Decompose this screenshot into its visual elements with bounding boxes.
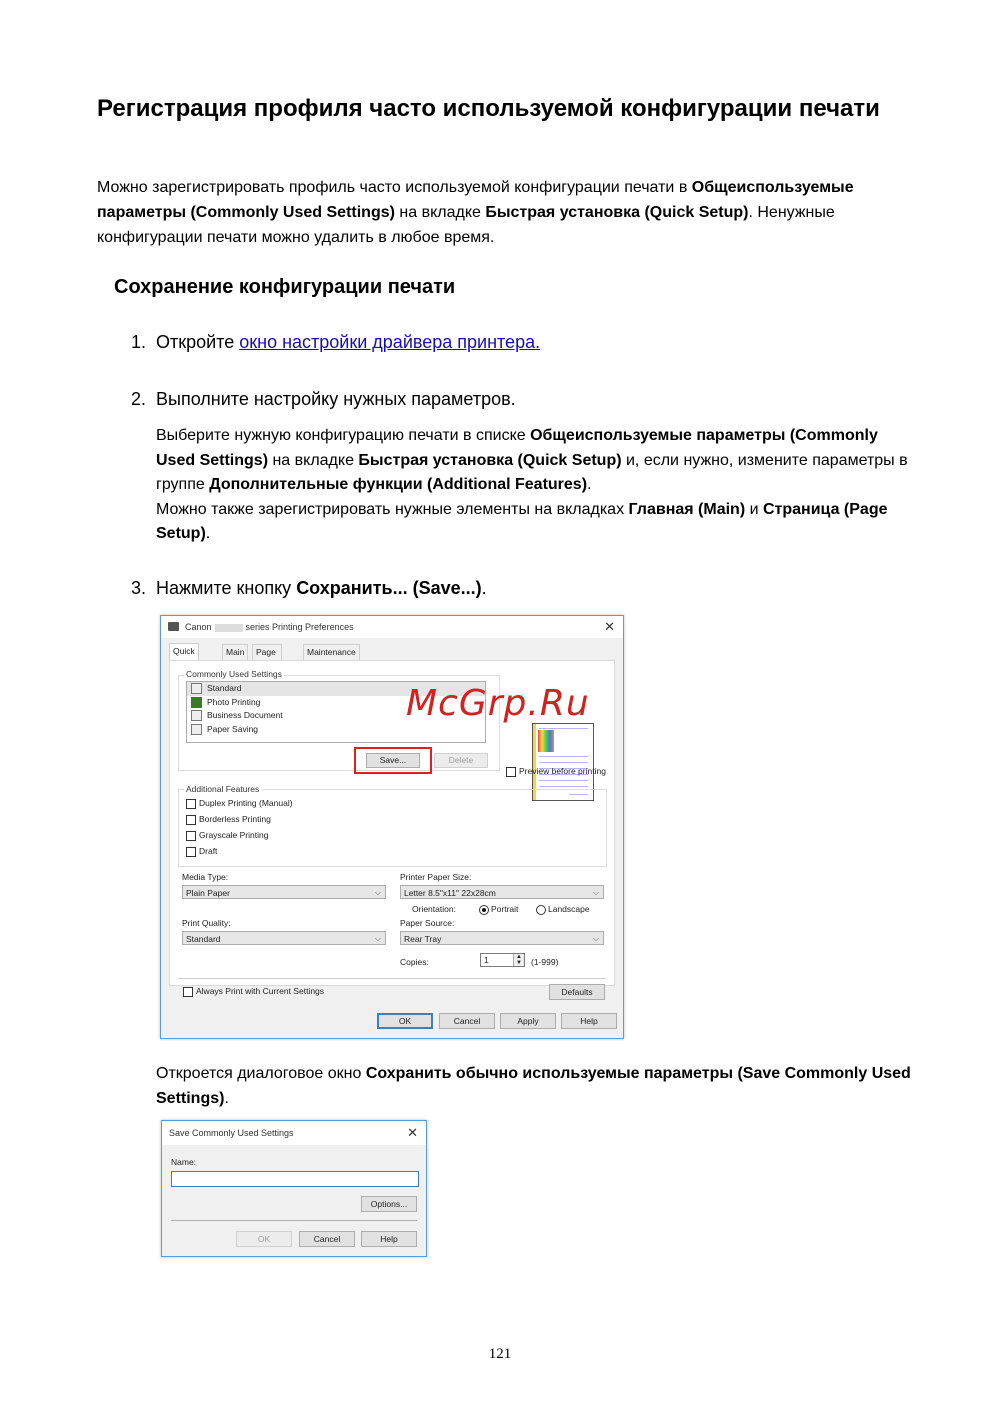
step-number: 3. [131,578,156,599]
orientation-label: Orientation: [412,904,456,914]
title-suffix: series Printing Preferences [246,622,354,632]
section-title: Сохранение конфигурации печати [114,276,455,299]
checkbox-label: Grayscale Printing [199,830,268,840]
save-button[interactable]: Save... [366,753,420,768]
commonly-used-label: Commonly Used Settings [184,669,284,679]
checkbox-box [183,987,193,997]
document-icon [191,710,202,721]
preview-line [539,756,588,757]
step-text: Выполните настройку нужных параметров. [156,389,516,409]
radio-label: Portrait [491,904,518,914]
delete-button[interactable]: Delete [434,753,488,768]
after-text-plain: . [224,1090,228,1107]
help-button[interactable]: Help [561,1013,617,1029]
chevron-down-icon: ⌵ [593,932,599,946]
defaults-button[interactable]: Defaults [549,984,605,1000]
portrait-radio[interactable]: Portrait [479,904,518,915]
detail-text: Выберите нужную конфигурацию печати в сп… [156,427,530,444]
print-quality-label: Print Quality: [182,918,231,928]
list-item-label: Paper Saving [207,724,258,734]
paper-size-label: Printer Paper Size: [400,872,471,882]
divider [178,978,606,979]
printer-icon [168,622,179,631]
list-item-label: Business Document [207,710,283,720]
printing-preferences-dialog: Canonseries Printing Preferences ✕ Quick… [160,615,624,1039]
tab-maintenance[interactable]: Maintenance [303,644,360,660]
intro-text: Можно зарегистрировать профиль часто исп… [97,179,692,196]
step-number: 2. [131,389,156,410]
preview-line [539,786,588,787]
checkbox-label: Draft [199,846,217,856]
step-bold: Сохранить... (Save...) [296,578,481,598]
page-number: 121 [0,1346,1000,1363]
detail-text: . [587,476,591,493]
name-label: Name: [171,1157,196,1167]
help-button[interactable]: Help [361,1231,417,1247]
chevron-down-icon: ⌵ [375,932,381,946]
tab-page-setup[interactable]: Page Setup [252,644,282,660]
draft-checkbox[interactable]: Draft [186,846,217,857]
step-2-detail: Выберите нужную конфигурацию печати в сп… [156,424,916,547]
checkbox-box [186,815,196,825]
ok-button[interactable]: OK [377,1013,433,1029]
cancel-button[interactable]: Cancel [439,1013,495,1029]
save-commonly-used-settings-dialog: Save Commonly Used Settings ✕ Name: Opti… [161,1120,427,1257]
additional-features-label: Additional Features [184,784,261,794]
checkbox-label: Borderless Printing [199,814,271,824]
apply-button[interactable]: Apply [500,1013,556,1029]
select-value: Letter 8.5"x11" 22x28cm [404,888,496,898]
checkbox-label: Duplex Printing (Manual) [199,798,293,808]
borderless-printing-checkbox[interactable]: Borderless Printing [186,814,271,825]
paper-saving-icon [191,724,202,735]
page-title: Регистрация профиля часто используемой к… [97,93,897,124]
chevron-down-icon: ⌵ [375,886,381,900]
close-icon[interactable]: ✕ [604,619,615,635]
step-2: 2.Выполните настройку нужных параметров. [131,389,516,410]
copies-value: 1 [484,955,489,965]
radio-selected-icon [479,905,489,915]
redacted-model [215,624,243,632]
preview-color-block [538,730,554,752]
step-text: . [482,578,487,598]
intro-bold-quick-setup: Быстрая установка (Quick Setup) [485,204,748,221]
options-button[interactable]: Options... [361,1196,417,1212]
chevron-down-icon: ⌵ [593,886,599,900]
printer-driver-link[interactable]: окно настройки драйвера принтера. [239,332,540,352]
title-bar: Save Commonly Used Settings ✕ [162,1121,426,1145]
paper-size-select[interactable]: Letter 8.5"x11" 22x28cm⌵ [400,885,604,899]
intro-text: на вкладке [395,204,485,221]
detail-text: на вкладке [268,452,358,469]
detail-text: и [745,501,763,518]
select-value: Rear Tray [404,934,441,944]
step-number: 1. [131,332,156,353]
list-item-label: Photo Printing [207,697,260,707]
preview-line [539,762,588,763]
step-3: 3.Нажмите кнопку Сохранить... (Save...). [131,578,487,599]
detail-bold: Быстрая установка (Quick Setup) [358,452,621,469]
select-value: Standard [186,934,221,944]
standard-icon [191,683,202,694]
watermark: McGrp.Ru [406,683,590,724]
divider [171,1220,417,1221]
copies-range: (1-999) [531,957,558,967]
cancel-button[interactable]: Cancel [299,1231,355,1247]
checkbox-box [186,847,196,857]
detail-bold: Дополнительные функции (Additional Featu… [209,476,587,493]
detail-text: Можно также зарегистрировать нужные элем… [156,501,629,518]
detail-text: . [206,525,210,542]
select-value: Plain Paper [186,888,230,898]
after-text: Откроется диалоговое окно Сохранить обыч… [156,1062,916,1111]
ok-button[interactable]: OK [236,1231,292,1247]
grayscale-printing-checkbox[interactable]: Grayscale Printing [186,830,268,841]
after-text-plain: Откроется диалоговое окно [156,1065,366,1082]
paper-source-label: Paper Source: [400,918,454,928]
print-quality-select[interactable]: Standard⌵ [182,931,386,945]
spin-arrows-icon[interactable]: ▲▼ [513,954,524,966]
photo-icon [191,697,202,708]
title-bar: Canonseries Printing Preferences ✕ [161,616,623,638]
list-item-label: Standard [207,683,242,693]
checkbox-label: Preview before printing [519,766,606,776]
radio-label: Landscape [548,904,590,914]
window-title: Canonseries Printing Preferences [185,622,354,632]
copies-label: Copies: [400,957,429,967]
checkbox-box [506,767,516,777]
step-text: Откройте [156,332,239,352]
close-icon[interactable]: ✕ [407,1125,418,1141]
duplex-printing-checkbox[interactable]: Duplex Printing (Manual) [186,798,293,809]
step-1: 1.Откройте окно настройки драйвера принт… [131,332,540,353]
checkbox-box [186,799,196,809]
media-type-label: Media Type: [182,872,228,882]
window-title: Save Commonly Used Settings [169,1128,294,1138]
media-type-select[interactable]: Plain Paper⌵ [182,885,386,899]
tab-quick-setup[interactable]: Quick Setup [169,643,199,661]
checkbox-box [186,831,196,841]
intro-paragraph: Можно зарегистрировать профиль часто исп… [97,175,907,250]
paper-source-select[interactable]: Rear Tray⌵ [400,931,604,945]
copies-stepper[interactable]: 1▲▼ [480,953,525,967]
tab-main[interactable]: Main [222,644,248,660]
preview-before-printing-checkbox[interactable]: Preview before printing [506,766,606,777]
list-item-paper-saving[interactable]: Paper Saving [187,723,485,737]
checkbox-label: Always Print with Current Settings [196,986,324,996]
radio-icon [536,905,546,915]
name-input[interactable] [171,1171,419,1187]
title-prefix: Canon [185,622,212,632]
always-print-checkbox[interactable]: Always Print with Current Settings [183,986,324,997]
step-text: Нажмите кнопку [156,578,296,598]
preview-line [539,728,588,729]
preview-line [539,780,588,781]
detail-bold: Главная (Main) [629,501,746,518]
landscape-radio[interactable]: Landscape [536,904,590,915]
